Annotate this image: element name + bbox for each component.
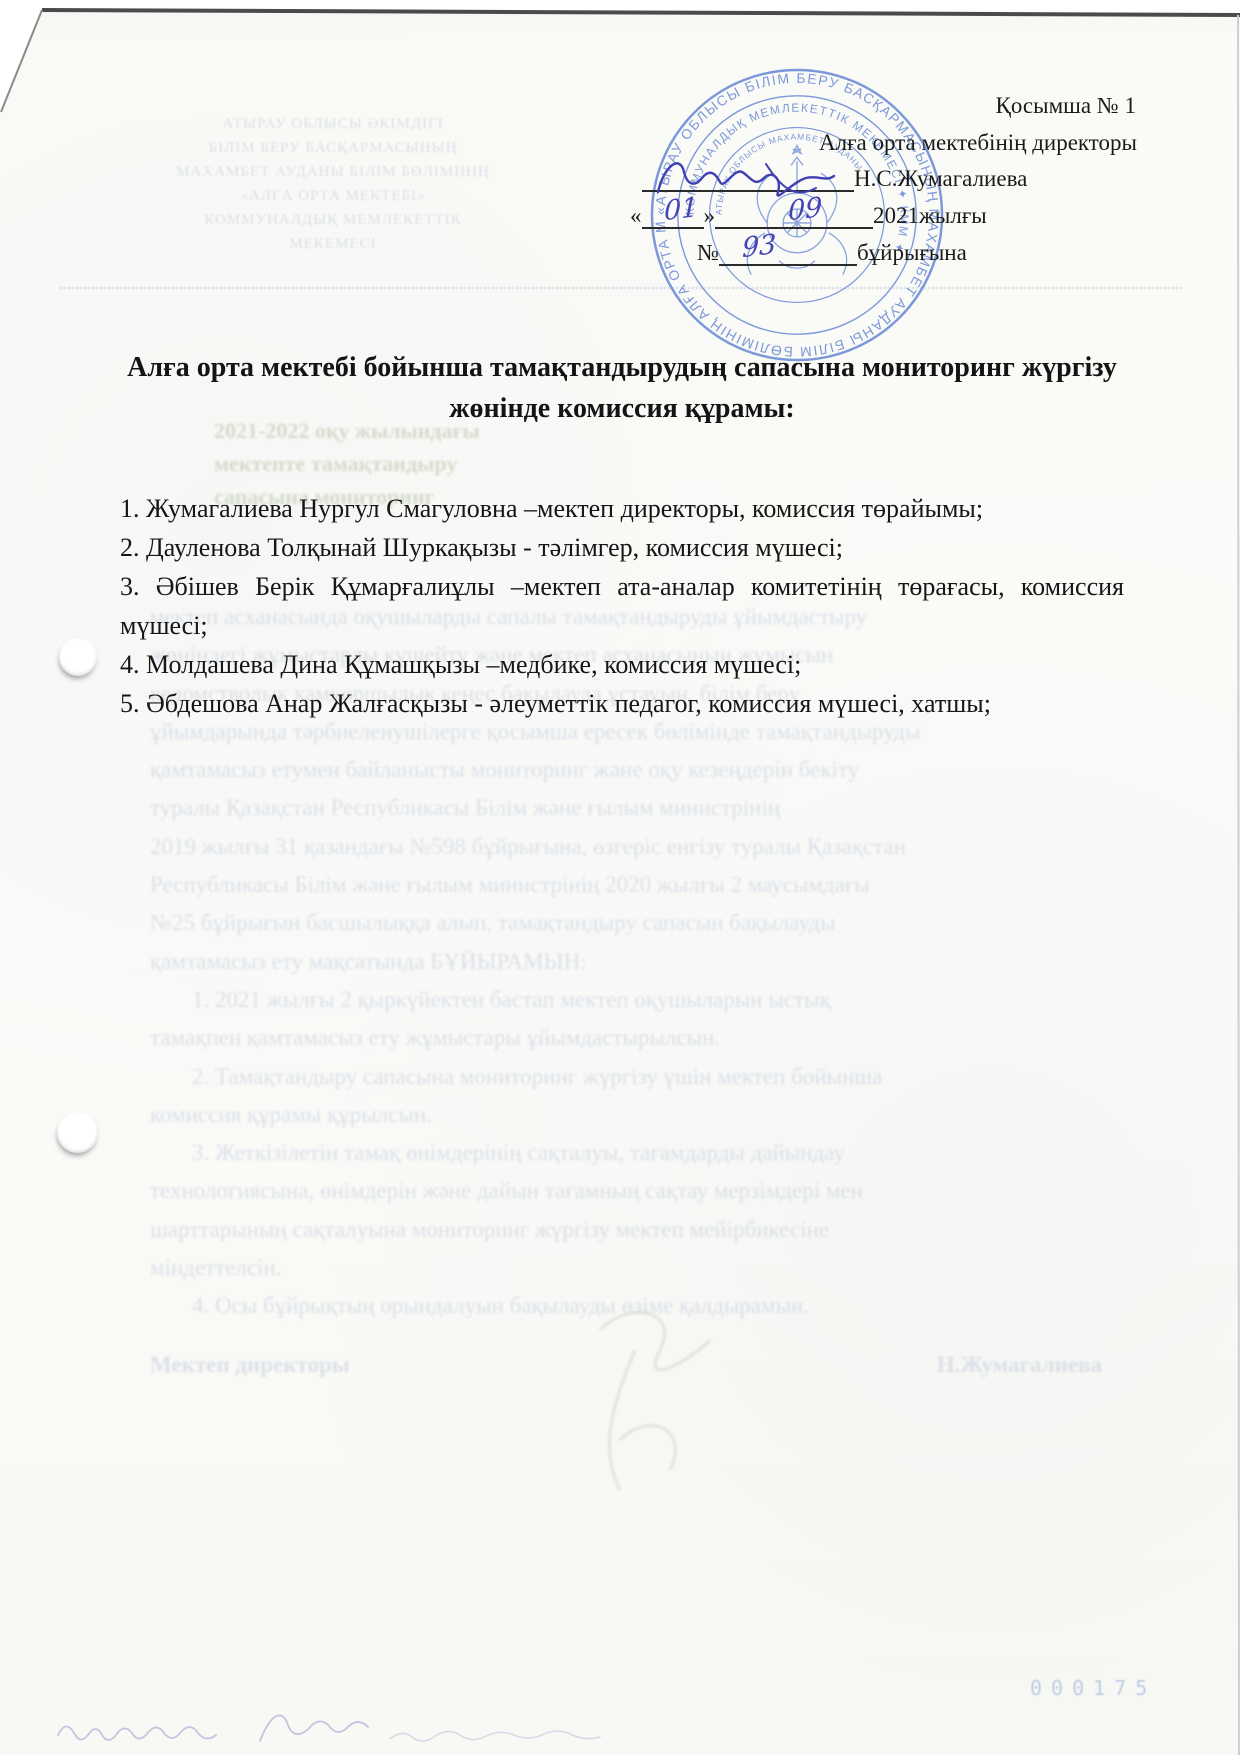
- ghost-letterhead-line: БІЛІМ БЕРУ БАСҚАРМАСЫНЫҢ: [128, 136, 538, 160]
- ghost-letterhead-line: МАХАМБЕТ АУДАНЫ БІЛІМ БӨЛІМІНІҢ: [128, 160, 538, 184]
- punch-hole-bottom: [57, 1112, 98, 1153]
- number-sign: №: [697, 240, 719, 265]
- ghost-line: туралы Қазақстан Республикасы Білім және…: [150, 789, 1102, 827]
- ghost-line: 2. Тамақтандыру сапасына мониторинг жүрг…: [150, 1058, 1102, 1096]
- commission-member: 3. Әбішев Берік Құмарғалиұлы –мектеп ата…: [120, 567, 1124, 645]
- scanned-document-page: АТЫРАУ ОБЛЫСЫ ӘКІМДІГІ БІЛІМ БЕРУ БАСҚАР…: [0, 0, 1240, 1755]
- ghost-line: қамтамасыз ету мақсатында БҰЙЫРАМЫН:: [150, 943, 1102, 981]
- punch-hole-top: [59, 638, 97, 676]
- commission-member: 2. Дауленова Толқынай Шуркақызы - тәлімг…: [120, 528, 1124, 567]
- ghost-line: міндеттелсін.: [150, 1249, 1102, 1287]
- handwritten-order-number: 93: [742, 229, 777, 264]
- order-number-line: №бұйрығына: [697, 240, 967, 266]
- quote-open: «: [630, 203, 642, 228]
- commission-member: 5. Әбдешова Анар Жалғасқызы - әлеуметтік…: [120, 684, 1124, 723]
- annex-label: Қосымша № 1: [996, 93, 1137, 119]
- archive-page-number: 000175: [1030, 1676, 1156, 1700]
- commission-member: 1. Жумагалиева Нургул Смагуловна –мектеп…: [120, 489, 1124, 528]
- ghost-line: қамтамасыз етумен байланысты мониторинг …: [150, 751, 1102, 789]
- document-title: Алға орта мектебі бойынша тамақтандыруды…: [120, 347, 1124, 429]
- ghost-letterhead: АТЫРАУ ОБЛЫСЫ ӘКІМДІГІ БІЛІМ БЕРУ БАСҚАР…: [128, 112, 538, 256]
- ghost-director-name: Н.Жумагалиева: [937, 1352, 1102, 1378]
- ghost-letterhead-line: «АЛҒА ОРТА МЕКТЕБІ»: [128, 184, 538, 208]
- ghost-line: 1. 2021 жылғы 2 қыркүйектен бастап мекте…: [150, 981, 1102, 1019]
- commission-list: 1. Жумагалиева Нургул Смагуловна –мектеп…: [120, 489, 1124, 723]
- ghost-divider-line: [60, 287, 1182, 289]
- ghost-line: 3. Жеткізілетін тамақ өнімдерінің сақтал…: [150, 1134, 1102, 1172]
- ghost-line: шарттарының сақталуына мониторинг жүргіз…: [150, 1211, 1102, 1249]
- ghost-letterhead-line: МЕКЕМЕСІ: [128, 232, 538, 256]
- ghost-letterhead-line: КОММУНАЛДЫҚ МЕМЛЕКЕТТІК: [128, 208, 538, 232]
- number-blank: [719, 240, 857, 266]
- ghost-line: Республикасы Білім және ғылым министріні…: [150, 866, 1102, 904]
- handwritten-day: 01: [664, 192, 699, 227]
- ghost-year-line: мектепте тамақтандыру: [214, 447, 644, 480]
- handwritten-month: 09: [788, 192, 823, 227]
- ghost-line: тамақпен қамтамасыз ету жұмыстары ұйымда…: [150, 1019, 1102, 1057]
- ghost-signature-scribble: [540, 1290, 780, 1500]
- ghost-letterhead-line: АТЫРАУ ОБЛЫСЫ ӘКІМДІГІ: [128, 112, 538, 136]
- ghost-line: №25 бұйрығын басшылыққа алып, тамақтанды…: [150, 904, 1102, 942]
- ghost-director-label: Мектеп директоры: [150, 1352, 350, 1378]
- commission-member: 4. Молдашева Дина Құмашқызы –медбике, ко…: [120, 645, 1124, 684]
- ghost-line: технологиясына, өнімдерін және дайын тағ…: [150, 1172, 1102, 1210]
- ghost-line: 2019 жылғы 31 қазандағы №598 бұйрығына, …: [150, 828, 1102, 866]
- ghost-line: комиссия құрамы құрылсын.: [150, 1096, 1102, 1134]
- year-suffix: 2021жылғы: [873, 203, 987, 228]
- order-suffix: бұйрығына: [857, 240, 967, 265]
- bottom-handwriting-ghost: [50, 1695, 690, 1755]
